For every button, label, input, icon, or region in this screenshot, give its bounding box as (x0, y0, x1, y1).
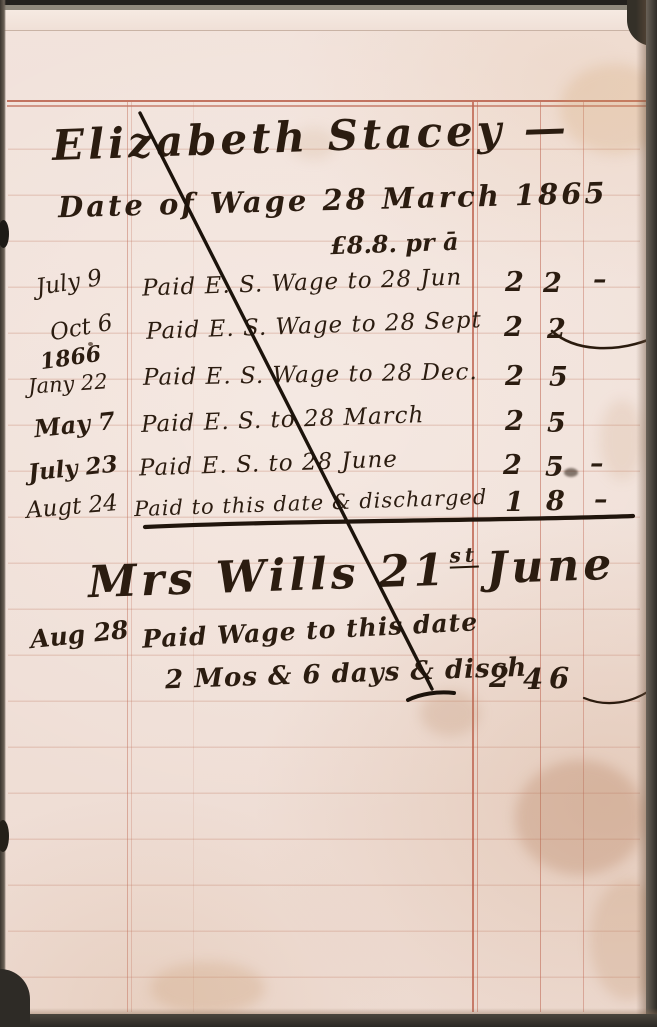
ledger-page: Elizabeth Stacey — Date of Wage 28 March… (0, 0, 657, 1027)
entry-4-shillings: 5 (547, 410, 566, 437)
entry-8-pounds: 2 (489, 663, 509, 692)
entry-1-pounds: 2 (505, 269, 524, 296)
entry-1-pence: – (593, 266, 607, 293)
right-edge-shadow (636, 0, 646, 1027)
entry-4-pounds: 2 (505, 408, 524, 435)
entry-3-shillings: 5 (549, 364, 568, 391)
entry-3-description: Paid E. S. Wage to 28 Dec. (143, 361, 478, 390)
ink-blot (564, 468, 578, 477)
paper-stain (420, 690, 480, 736)
entry-2-shillings: 2 (547, 316, 566, 343)
entry-3-date: Jany 22 (27, 371, 108, 398)
entry-1-shillings: 2 (543, 270, 562, 297)
second-heading-superscript: st (449, 545, 478, 569)
header-rule-line (7, 100, 647, 102)
left-binding-edge (0, 0, 6, 1027)
entry-6-pence: – (594, 486, 608, 513)
entry-5-shillings: 5 (545, 454, 564, 481)
entry-5-pounds: 2 (503, 452, 522, 479)
paper-stain (515, 760, 645, 875)
annual-rate: £8.8. pr ā (330, 230, 459, 258)
under-page-edge (4, 10, 653, 31)
entry-3-pounds: 2 (505, 363, 524, 390)
entry-6-shillings: 8 (546, 488, 565, 515)
entry-6-pounds: 1 (505, 489, 524, 516)
paper-stain (150, 962, 265, 1014)
entry-5-pence: – (590, 450, 604, 477)
bottom-page-edge (0, 1014, 657, 1027)
second-heading-month: June (486, 539, 616, 594)
entry-2-pounds: 2 (504, 314, 523, 341)
entry-8-shillings: 4 (523, 665, 543, 694)
entry-8-pence: 6 (549, 664, 569, 693)
right-page-edge (646, 0, 657, 1027)
